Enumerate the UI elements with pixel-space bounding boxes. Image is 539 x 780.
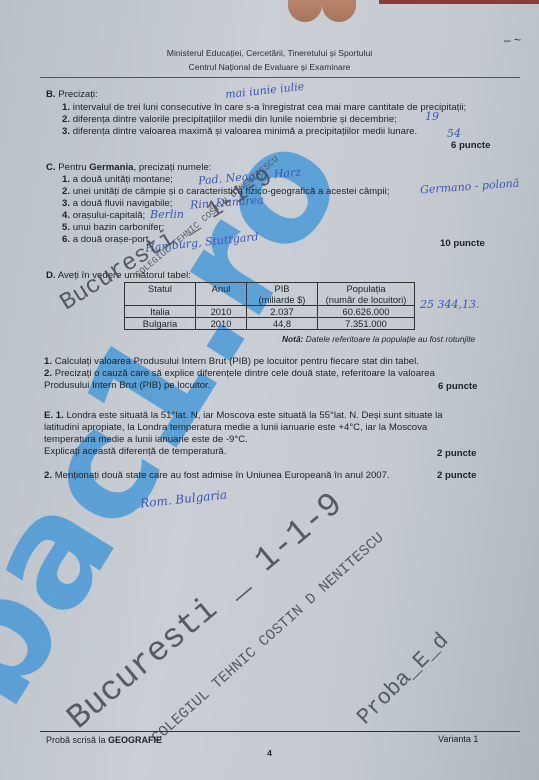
- table-cell: 2.037: [247, 306, 318, 318]
- table-header-row: Statul Anul PIB(miliarde $) Populația(nu…: [125, 283, 415, 306]
- finger-holding-page: [322, 0, 356, 22]
- section-b-item-2: 2. diferența dintre valorile precipitați…: [62, 114, 397, 126]
- section-e-item-2: 2. Menționați două state care au fost ad…: [44, 470, 390, 482]
- section-b-title: B. Precizați:: [46, 89, 98, 101]
- background-edge: [379, 0, 539, 4]
- section-d-points: 6 puncte: [438, 381, 477, 392]
- section-e-item-1-line-2: latitudini apropiate, la Londra temperat…: [44, 422, 427, 434]
- handwritten-answer-b3: 54: [447, 127, 461, 140]
- handwritten-calculation: 25 344,13.: [420, 298, 479, 311]
- footer-subject: Probă scrisă la GEOGRAFIE: [46, 734, 162, 746]
- section-d-item-1: 1. Calculați valoarea Produsului Intern …: [44, 356, 419, 368]
- section-e-item-1-line-3: temperatura medie a lunii ianuarie este …: [44, 434, 248, 446]
- table-cell: 44,8: [247, 318, 318, 330]
- table-header: Statul: [125, 283, 196, 306]
- table-note: Notă: Datele referitoare la populație au…: [282, 334, 475, 344]
- section-b-points: 6 puncte: [451, 140, 490, 151]
- section-b-item-1: 1. intervalul de trei luni consecutive î…: [62, 102, 466, 114]
- table-header: Anul: [196, 283, 247, 306]
- section-c-item-1: 1. a două unități montane;: [62, 174, 173, 186]
- header-center: Centrul Național de Evaluare și Examinar…: [0, 62, 539, 72]
- finger-holding-page: [288, 0, 322, 22]
- table-row: Italia 2010 2.037 60.626.000: [125, 306, 415, 318]
- data-table: Statul Anul PIB(miliarde $) Populația(nu…: [124, 282, 415, 330]
- footer-variant: Varianta 1: [438, 733, 478, 745]
- section-c-title: C. Pentru Germania, precizați numele:: [46, 162, 211, 174]
- handwritten-answer-c2: Germano - polonă: [420, 177, 520, 197]
- section-b-item-3: 3. diferența dintre valoarea maximă și v…: [62, 126, 417, 138]
- handwritten-answer-b1: mai iunie iulie: [225, 80, 305, 101]
- table-cell: 7.351.000: [318, 318, 415, 330]
- section-d-item-2-cont: Produsului Intern Brut (PIB) pe locuitor…: [44, 380, 210, 392]
- corner-pen-mark: – ~: [504, 33, 521, 47]
- section-e-item-1-points: 2 puncte: [437, 448, 476, 459]
- section-d-item-2: 2. Precizați o cauză care să explice dif…: [44, 368, 435, 380]
- table-cell: 2010: [196, 318, 247, 330]
- section-c-item-4: 4. orașului-capitală;: [62, 210, 145, 222]
- section-c-points: 10 puncte: [440, 238, 485, 249]
- table-header: Populația(număr de locuitori): [318, 283, 415, 306]
- table-cell: 2010: [196, 306, 247, 318]
- table-cell: Bulgaria: [125, 318, 196, 330]
- footer-rule: [40, 731, 520, 732]
- section-e-item-1-line-4: Explicați această diferență de temperatu…: [44, 446, 226, 458]
- table-cell: Italia: [125, 306, 196, 318]
- section-c-item-5: 5. unui bazin carbonifer;: [62, 222, 164, 234]
- header-rule: [40, 77, 520, 78]
- handwritten-answer-b2: 19: [425, 110, 439, 123]
- table-cell: 60.626.000: [318, 306, 415, 318]
- section-e-item-1-line-1: E. 1. Londra este situată la 51°lat. N, …: [44, 410, 443, 422]
- header-ministry: Ministerul Educației, Cercetării, Tinere…: [0, 48, 539, 58]
- page-number: 4: [0, 748, 539, 758]
- table-header: PIB(miliarde $): [247, 283, 318, 306]
- section-e-item-2-points: 2 puncte: [437, 470, 476, 481]
- table-row: Bulgaria 2010 44,8 7.351.000: [125, 318, 415, 330]
- stamp-proba: Proba_E_d: [352, 628, 454, 730]
